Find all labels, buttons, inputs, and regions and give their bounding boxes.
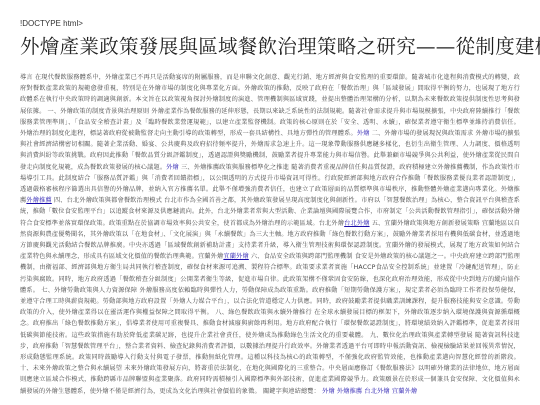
- article-body: 導言 在現代餐飲服務體系中，外燴產業已不再只是活動宴席的附屬服務，而是串聯文化創…: [20, 72, 520, 397]
- further-reading-link[interactable]: 台北外燴: [364, 388, 389, 395]
- inline-link[interactable]: 外燴: [357, 130, 370, 137]
- article-title: 外燴產業政策發展與區域餐飲治理策略之研究——從制度建構到地方創新: [20, 35, 520, 59]
- body-text-segment: 六、食品安全政策與跨部門監理機制 食安是外燴政策的核心議題之一。中央政府建立跨部…: [20, 253, 520, 394]
- inline-link[interactable]: 外燴推薦: [26, 197, 51, 204]
- body-text-segment: 導言 在現代餐飲服務體系中，外燴產業已不再只是活動宴席的附屬服務，而是串聯文化創…: [20, 74, 520, 137]
- inline-link[interactable]: 外燴: [166, 164, 179, 171]
- further-reading-link[interactable]: 外燴推薦: [337, 388, 362, 395]
- further-reading-link[interactable]: 宜蘭外燴: [392, 388, 417, 395]
- further-reading-link[interactable]: 外燴: [322, 388, 335, 395]
- stray-doctype-text: !DOCTYPE html>: [20, 19, 520, 29]
- inline-link[interactable]: 宜蘭外燴: [223, 253, 248, 260]
- inline-link[interactable]: 台北外燴: [344, 220, 369, 227]
- page: !DOCTYPE html> 外燴產業政策發展與區域餐飲治理策略之研究——從制度…: [0, 0, 540, 397]
